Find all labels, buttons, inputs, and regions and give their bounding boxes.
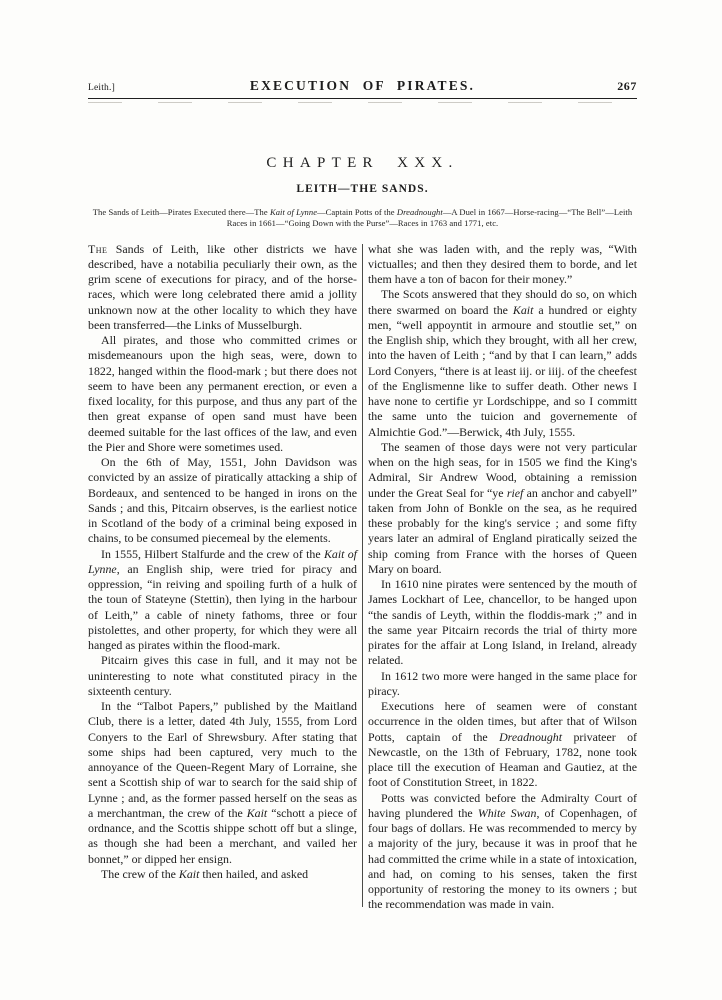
paragraph: Pitcairn gives this case in full, and it… [88, 653, 357, 699]
paragraph: In 1555, Hilbert Stalfurde and the crew … [88, 547, 357, 654]
paragraph: On the 6th of May, 1551, John Davidson w… [88, 455, 357, 547]
page-header: Leith.] EXECUTION OF PIRATES. 267 [88, 78, 637, 94]
header-margin-note: Leith.] [88, 83, 178, 93]
paragraph: In the “Talbot Papers,” published by the… [88, 699, 357, 867]
paragraph: In 1610 nine pirates were sentenced by t… [368, 577, 637, 669]
text-columns: The Sands of Leith, like other districts… [88, 242, 637, 913]
paragraph: The seamen of those days were not very p… [368, 440, 637, 577]
paragraph: All pirates, and those who committed cri… [88, 333, 357, 455]
header-rule [88, 98, 637, 99]
left-column: The Sands of Leith, like other districts… [88, 242, 357, 913]
paragraph: The Scots answered that they should do s… [368, 287, 637, 440]
column-divider [362, 244, 363, 907]
chapter-subheading: LEITH—THE SANDS. [88, 183, 637, 195]
paragraph: what she was laden with, and the reply w… [368, 242, 637, 288]
paragraph: The Sands of Leith, like other districts… [88, 242, 357, 334]
header-title: EXECUTION OF PIRATES. [178, 78, 547, 94]
header-page-number: 267 [547, 79, 637, 94]
chapter-summary: The Sands of Leith—Pirates Executed ther… [88, 207, 637, 230]
paragraph: The crew of the Kait then hailed, and as… [88, 867, 357, 882]
chapter-heading: CHAPTER XXX. [88, 155, 637, 172]
paragraph: Potts was convicted before the Admiralty… [368, 791, 637, 913]
paragraph: In 1612 two more were hanged in the same… [368, 669, 637, 700]
right-column: what she was laden with, and the reply w… [368, 242, 637, 913]
header-rule-shadow [88, 102, 637, 103]
page: Leith.] EXECUTION OF PIRATES. 267 CHAPTE… [0, 0, 722, 1000]
paragraph: Executions here of seamen were of consta… [368, 699, 637, 791]
